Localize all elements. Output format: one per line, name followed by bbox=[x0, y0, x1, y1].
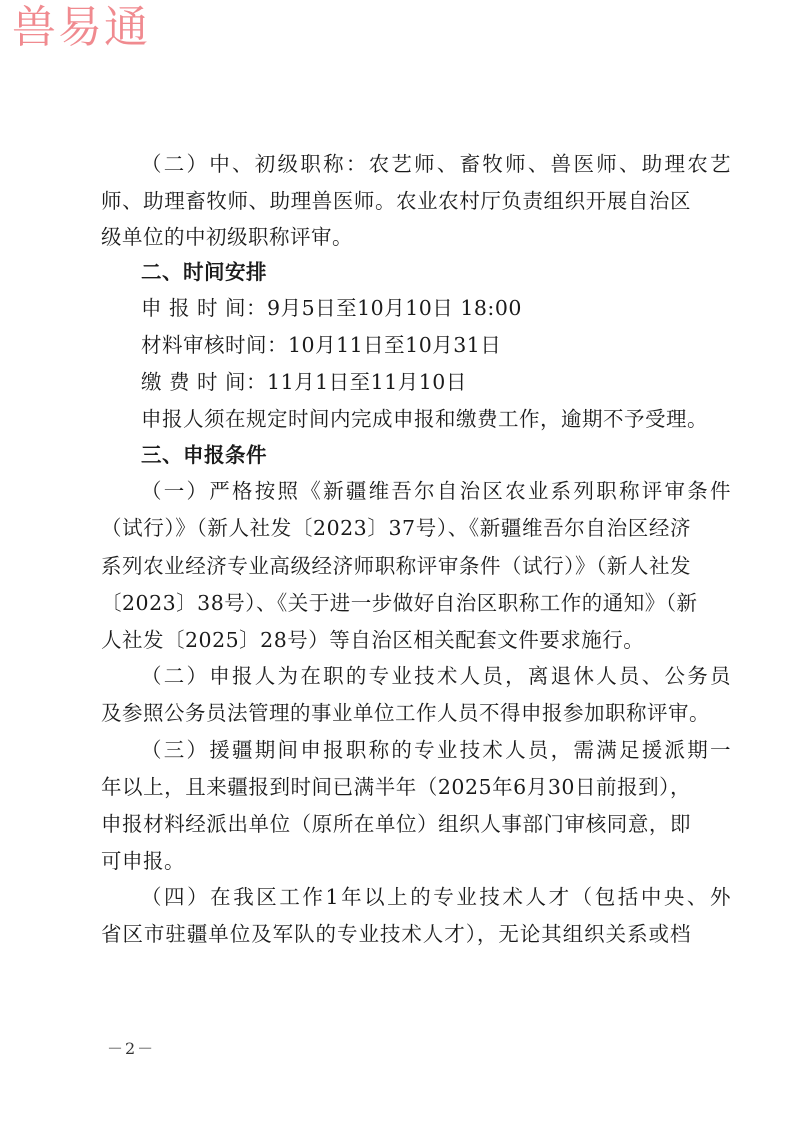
section-heading-schedule: 二、时间安排 bbox=[141, 259, 731, 285]
paragraph-line: （三）援疆期间申报职称的专业技术人员，需满足援派期一 bbox=[141, 737, 731, 763]
paragraph-line: （四）在我区工作1年以上的专业技术人才（包括中央、外 bbox=[141, 884, 731, 910]
paragraph-line: 省区市驻疆单位及军队的专业技术人才），无论其组织关系或档 bbox=[101, 921, 691, 947]
paragraph-line: 及参照公务员法管理的事业单位工作人员不得申报参加职称评审。 bbox=[101, 700, 691, 726]
paragraph-line: 师、助理畜牧师、助理兽医师。农业农村厅负责组织开展自治区 bbox=[101, 188, 691, 214]
schedule-payment-time: 缴 费 时 间：11月1日至11月10日 bbox=[141, 369, 731, 395]
paragraph-line: （一）严格按照《新疆维吾尔自治区农业系列职称评审条件 bbox=[141, 478, 731, 504]
paragraph-line: 系列农业经济专业高级经济师职称评审条件（试行）》（新人社发 bbox=[101, 553, 691, 579]
schedule-application-time: 申 报 时 间：9月5日至10月10日 18:00 bbox=[141, 295, 731, 321]
paragraph-line: （二）申报人为在职的专业技术人员，离退休人员、公务员 bbox=[141, 663, 731, 689]
paragraph-line: 年以上，且来疆报到时间已满半年（2025年6月30日前报到）， bbox=[101, 774, 691, 800]
paragraph-line: 申报材料经派出单位（原所在单位）组织人事部门审核同意，即 bbox=[101, 811, 691, 837]
paragraph-line: 〔2023〕38号）、《关于进一步做好自治区职称工作的通知》（新 bbox=[101, 590, 691, 616]
page-number: －2－ bbox=[107, 1036, 155, 1059]
paragraph-line: 人社发〔2025〕28号）等自治区相关配套文件要求施行。 bbox=[101, 627, 691, 653]
paragraph-line: 可申报。 bbox=[101, 848, 691, 874]
schedule-note: 申报人须在规定时间内完成申报和缴费工作，逾期不予受理。 bbox=[141, 406, 731, 432]
paragraph-line: （试行）》（新人社发〔2023〕37号）、《新疆维吾尔自治区经济 bbox=[101, 515, 691, 541]
document-page: （二）中、初级职称：农艺师、畜牧师、兽医师、助理农艺 师、助理畜牧师、助理兽医师… bbox=[0, 0, 793, 1121]
paragraph-line: （二）中、初级职称：农艺师、畜牧师、兽医师、助理农艺 bbox=[141, 151, 731, 177]
paragraph-line: 级单位的中初级职称评审。 bbox=[101, 224, 691, 250]
schedule-review-time: 材料审核时间：10月11日至10月31日 bbox=[141, 332, 731, 358]
section-heading-conditions: 三、申报条件 bbox=[141, 442, 731, 468]
